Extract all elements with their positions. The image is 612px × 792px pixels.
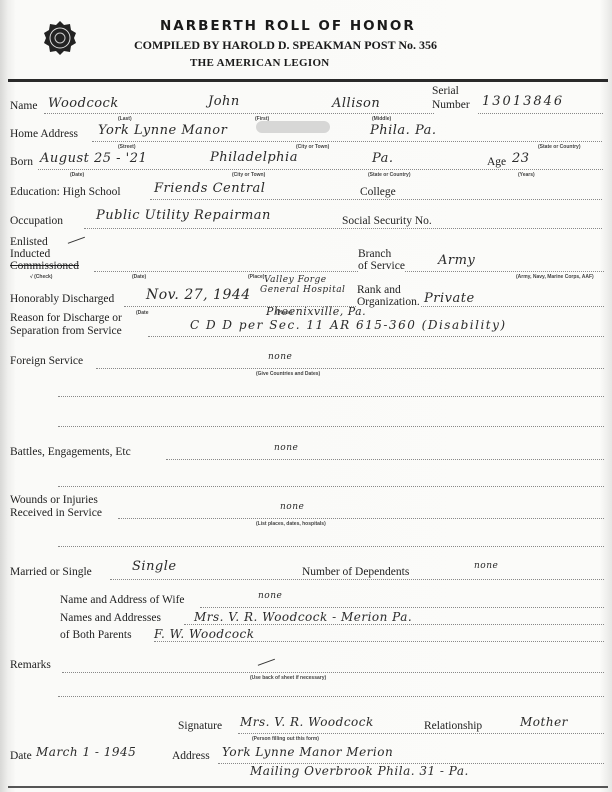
mailing-address-value[interactable]: Mailing Overbrook Phila. 31 - Pa. [250,764,469,778]
occupation-value[interactable]: Public Utility Repairman [96,208,271,223]
foreign-service-label: Foreign Service [10,355,83,367]
home-street-value[interactable]: York Lynne Manor [98,123,227,138]
occupation-label: Occupation [10,215,63,227]
battles-value[interactable]: none [274,443,298,453]
marital-status-value[interactable]: Single [132,559,177,574]
footer-rule [8,786,608,788]
discharge-date-value[interactable]: Nov. 27, 1944 [146,287,251,303]
form-date-value[interactable]: March 1 - 1945 [36,745,136,759]
relationship-value[interactable]: Mother [520,715,568,729]
home-state-value[interactable]: Phila. Pa. [370,123,437,138]
organization-name: THE AMERICAN LEGION [190,57,330,69]
parents-value-line2[interactable]: F. W. Woodcock [154,627,255,641]
middle-name-value[interactable]: Allison [332,96,380,111]
home-address-label: Home Address [10,128,78,140]
birth-city-value[interactable]: Philadelphia [210,150,298,165]
roll-of-honor-form: NARBERTH ROLL OF HONOR COMPILED BY HAROL… [0,0,612,792]
marital-status-label: Married or Single [10,566,92,578]
high-school-value[interactable]: Friends Central [154,181,265,196]
birth-state-value[interactable]: Pa. [372,151,394,166]
last-name-value[interactable]: Woodcock [48,96,119,111]
first-name-value[interactable]: John [208,94,240,109]
signature-label: Signature [178,720,222,732]
enlisted-checkmark[interactable] [65,229,85,244]
erased-city [256,121,330,133]
parents-value-line1[interactable]: Mrs. V. R. Woodcock - Merion Pa. [194,610,412,624]
foreign-service-value[interactable]: none [268,352,292,362]
form-subtitle: COMPILED BY HAROLD D. SPEAKMAN POST No. … [134,38,437,53]
form-address-value[interactable]: York Lynne Manor Merion [222,745,393,759]
header-rule [8,79,608,82]
form-title: NARBERTH ROLL OF HONOR [160,18,416,34]
discharge-place-line1[interactable]: Valley Forge [264,275,327,285]
date-label: Date [10,750,32,762]
wounds-value[interactable]: none [280,502,304,512]
remarks-label: Remarks [10,659,51,671]
discharge-place-line2[interactable]: General Hospital [260,285,345,295]
age-value[interactable]: 23 [512,151,530,166]
education-label: Education: High School [10,186,121,198]
dependents-value[interactable]: none [474,561,498,571]
branch-value[interactable]: Army [438,253,475,268]
discharged-label: Honorably Discharged [10,293,114,305]
remarks-checkmark[interactable] [255,651,275,666]
serial-number-value[interactable]: 13013846 [482,94,564,109]
american-legion-emblem-icon [43,21,77,55]
battles-label: Battles, Engagements, Etc [10,446,131,458]
discharge-reason-value[interactable]: C D D per Sec. 11 AR 615-360 (Disability… [190,318,507,332]
born-label: Born [10,156,33,168]
wife-value[interactable]: none [258,591,282,601]
rank-value[interactable]: Private [424,291,475,306]
signature-value[interactable]: Mrs. V. R. Woodcock [240,715,374,729]
birth-date-value[interactable]: August 25 - '21 [40,151,147,166]
name-label: Name [10,100,37,112]
